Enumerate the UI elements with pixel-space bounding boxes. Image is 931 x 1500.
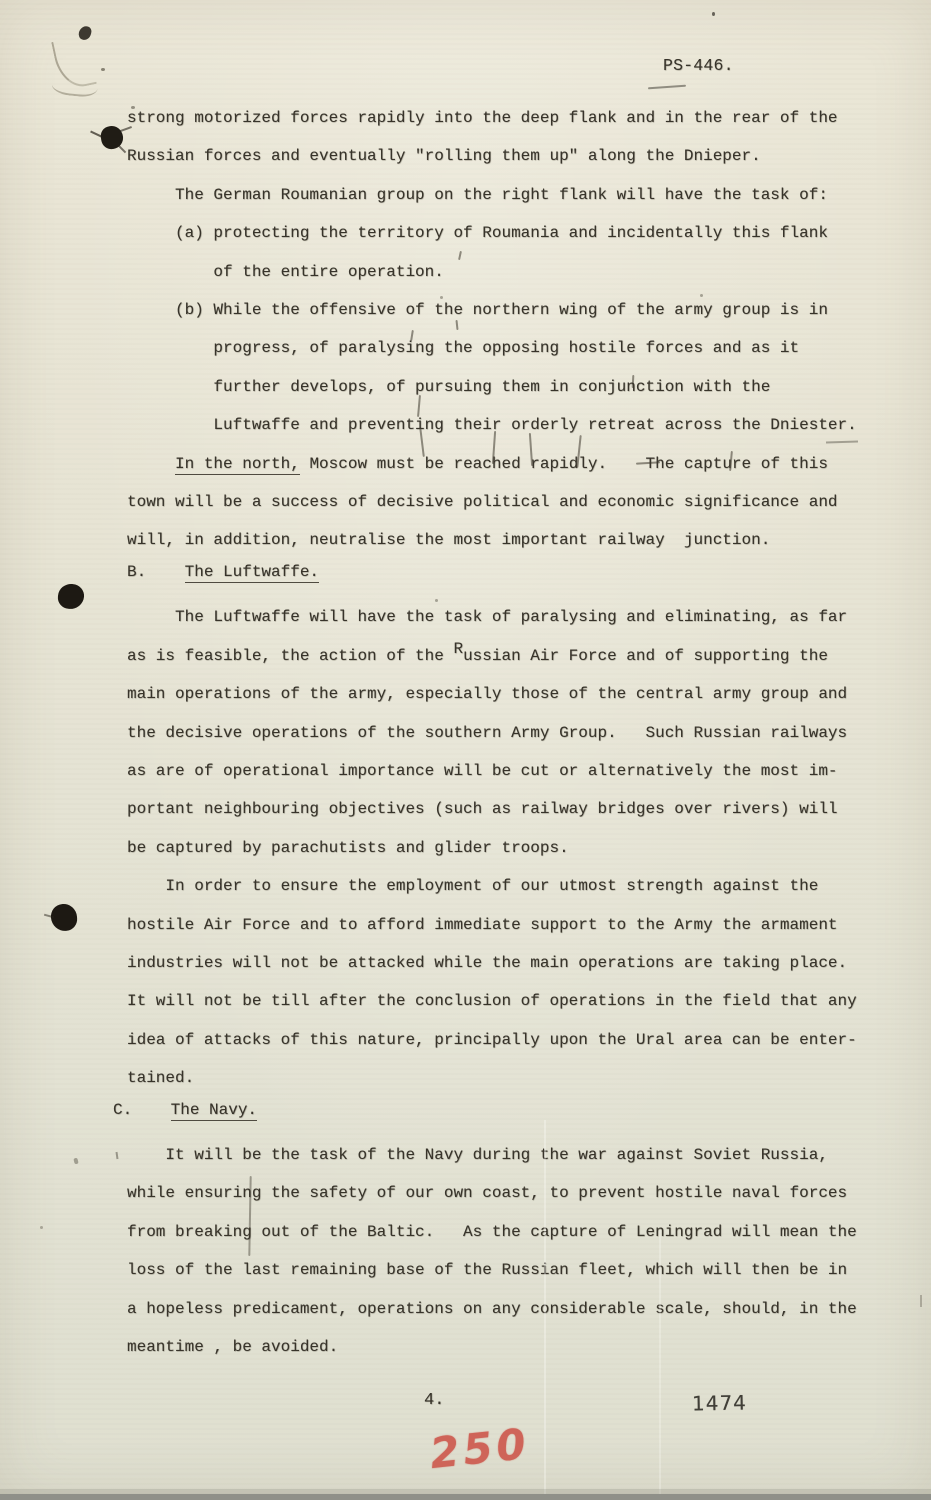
document-reference: PS-446. [663, 56, 734, 76]
text-line: strong motorized forces rapidly into the… [127, 99, 887, 137]
scanned-document-page: PS-446. strong motorized forces rapidly … [0, 0, 931, 1500]
text-line: as is feasible, the action of the Russia… [127, 637, 887, 675]
paper-crease [544, 1120, 546, 1498]
text-line: In the north, Moscow must be reached rap… [127, 445, 887, 483]
text-line: as are of operational importance will be… [127, 752, 887, 790]
ink-blob [50, 903, 78, 932]
text-line: portant neighbouring objectives (such as… [127, 790, 887, 828]
text-line: C. The Navy. [113, 1091, 887, 1129]
text-line: further develops, of pursuing them in co… [127, 368, 887, 406]
text-line: the decisive operations of the southern … [127, 714, 887, 752]
text-line: The Luftwaffe will have the task of para… [127, 598, 887, 636]
text-line: (b) While the offensive of the northern … [127, 291, 887, 329]
text-line: of the entire operation. [127, 253, 887, 291]
paper-speck [920, 1295, 922, 1307]
text-line: It will be the task of the Navy during t… [127, 1136, 887, 1174]
text-line: from breaking out of the Baltic. As the … [127, 1213, 887, 1251]
ink-blob [57, 583, 85, 610]
scan-edge [0, 1494, 931, 1500]
text-line: main operations of the army, especially … [127, 675, 887, 713]
stamp-number: 1474 [692, 1391, 747, 1416]
paper-speck [440, 296, 443, 299]
paper-speck [712, 12, 715, 16]
text-line: industries will not be attacked while th… [127, 944, 887, 982]
ink-blob-whisker [118, 145, 126, 153]
paper-speck [435, 599, 438, 602]
paper-crease [659, 1230, 661, 1498]
paper-speck [101, 68, 105, 71]
paper-speck [116, 1152, 119, 1159]
ink-blob-whisker [90, 131, 102, 138]
text-line: (a) protecting the territory of Roumania… [127, 214, 887, 252]
text-line: meantime , be avoided. [127, 1328, 887, 1366]
text-line: hostile Air Force and to afford immediat… [127, 906, 887, 944]
text-line: It will not be till after the conclusion… [127, 982, 887, 1020]
text-line: Russian forces and eventually "rolling t… [127, 137, 887, 175]
text-line: while ensuring the safety of our own coa… [127, 1174, 887, 1212]
paper-speck [40, 1226, 43, 1229]
text-line: a hopeless predicament, operations on an… [127, 1290, 887, 1328]
text-line: town will be a success of decisive polit… [127, 483, 887, 521]
paper-speck [131, 106, 135, 109]
pencil-dash [648, 85, 686, 90]
text-line: The German Roumanian group on the right … [127, 176, 887, 214]
text-line: Luftwaffe and preventing their orderly r… [127, 406, 887, 444]
text-line: loss of the last remaining base of the R… [127, 1251, 887, 1289]
typewritten-text: strong motorized forces rapidly into the… [127, 99, 887, 1366]
text-line: idea of attacks of this nature, principa… [127, 1021, 887, 1059]
text-line: progress, of paralysing the opposing hos… [127, 329, 887, 367]
text-line: be captured by parachutists and glider t… [127, 829, 887, 867]
text-line: In order to ensure the employment of our… [127, 867, 887, 905]
paper-speck [73, 1158, 78, 1165]
page-number: 4. [424, 1391, 444, 1411]
paper-speck [700, 294, 703, 297]
handwritten-number: 250 [428, 1419, 532, 1478]
